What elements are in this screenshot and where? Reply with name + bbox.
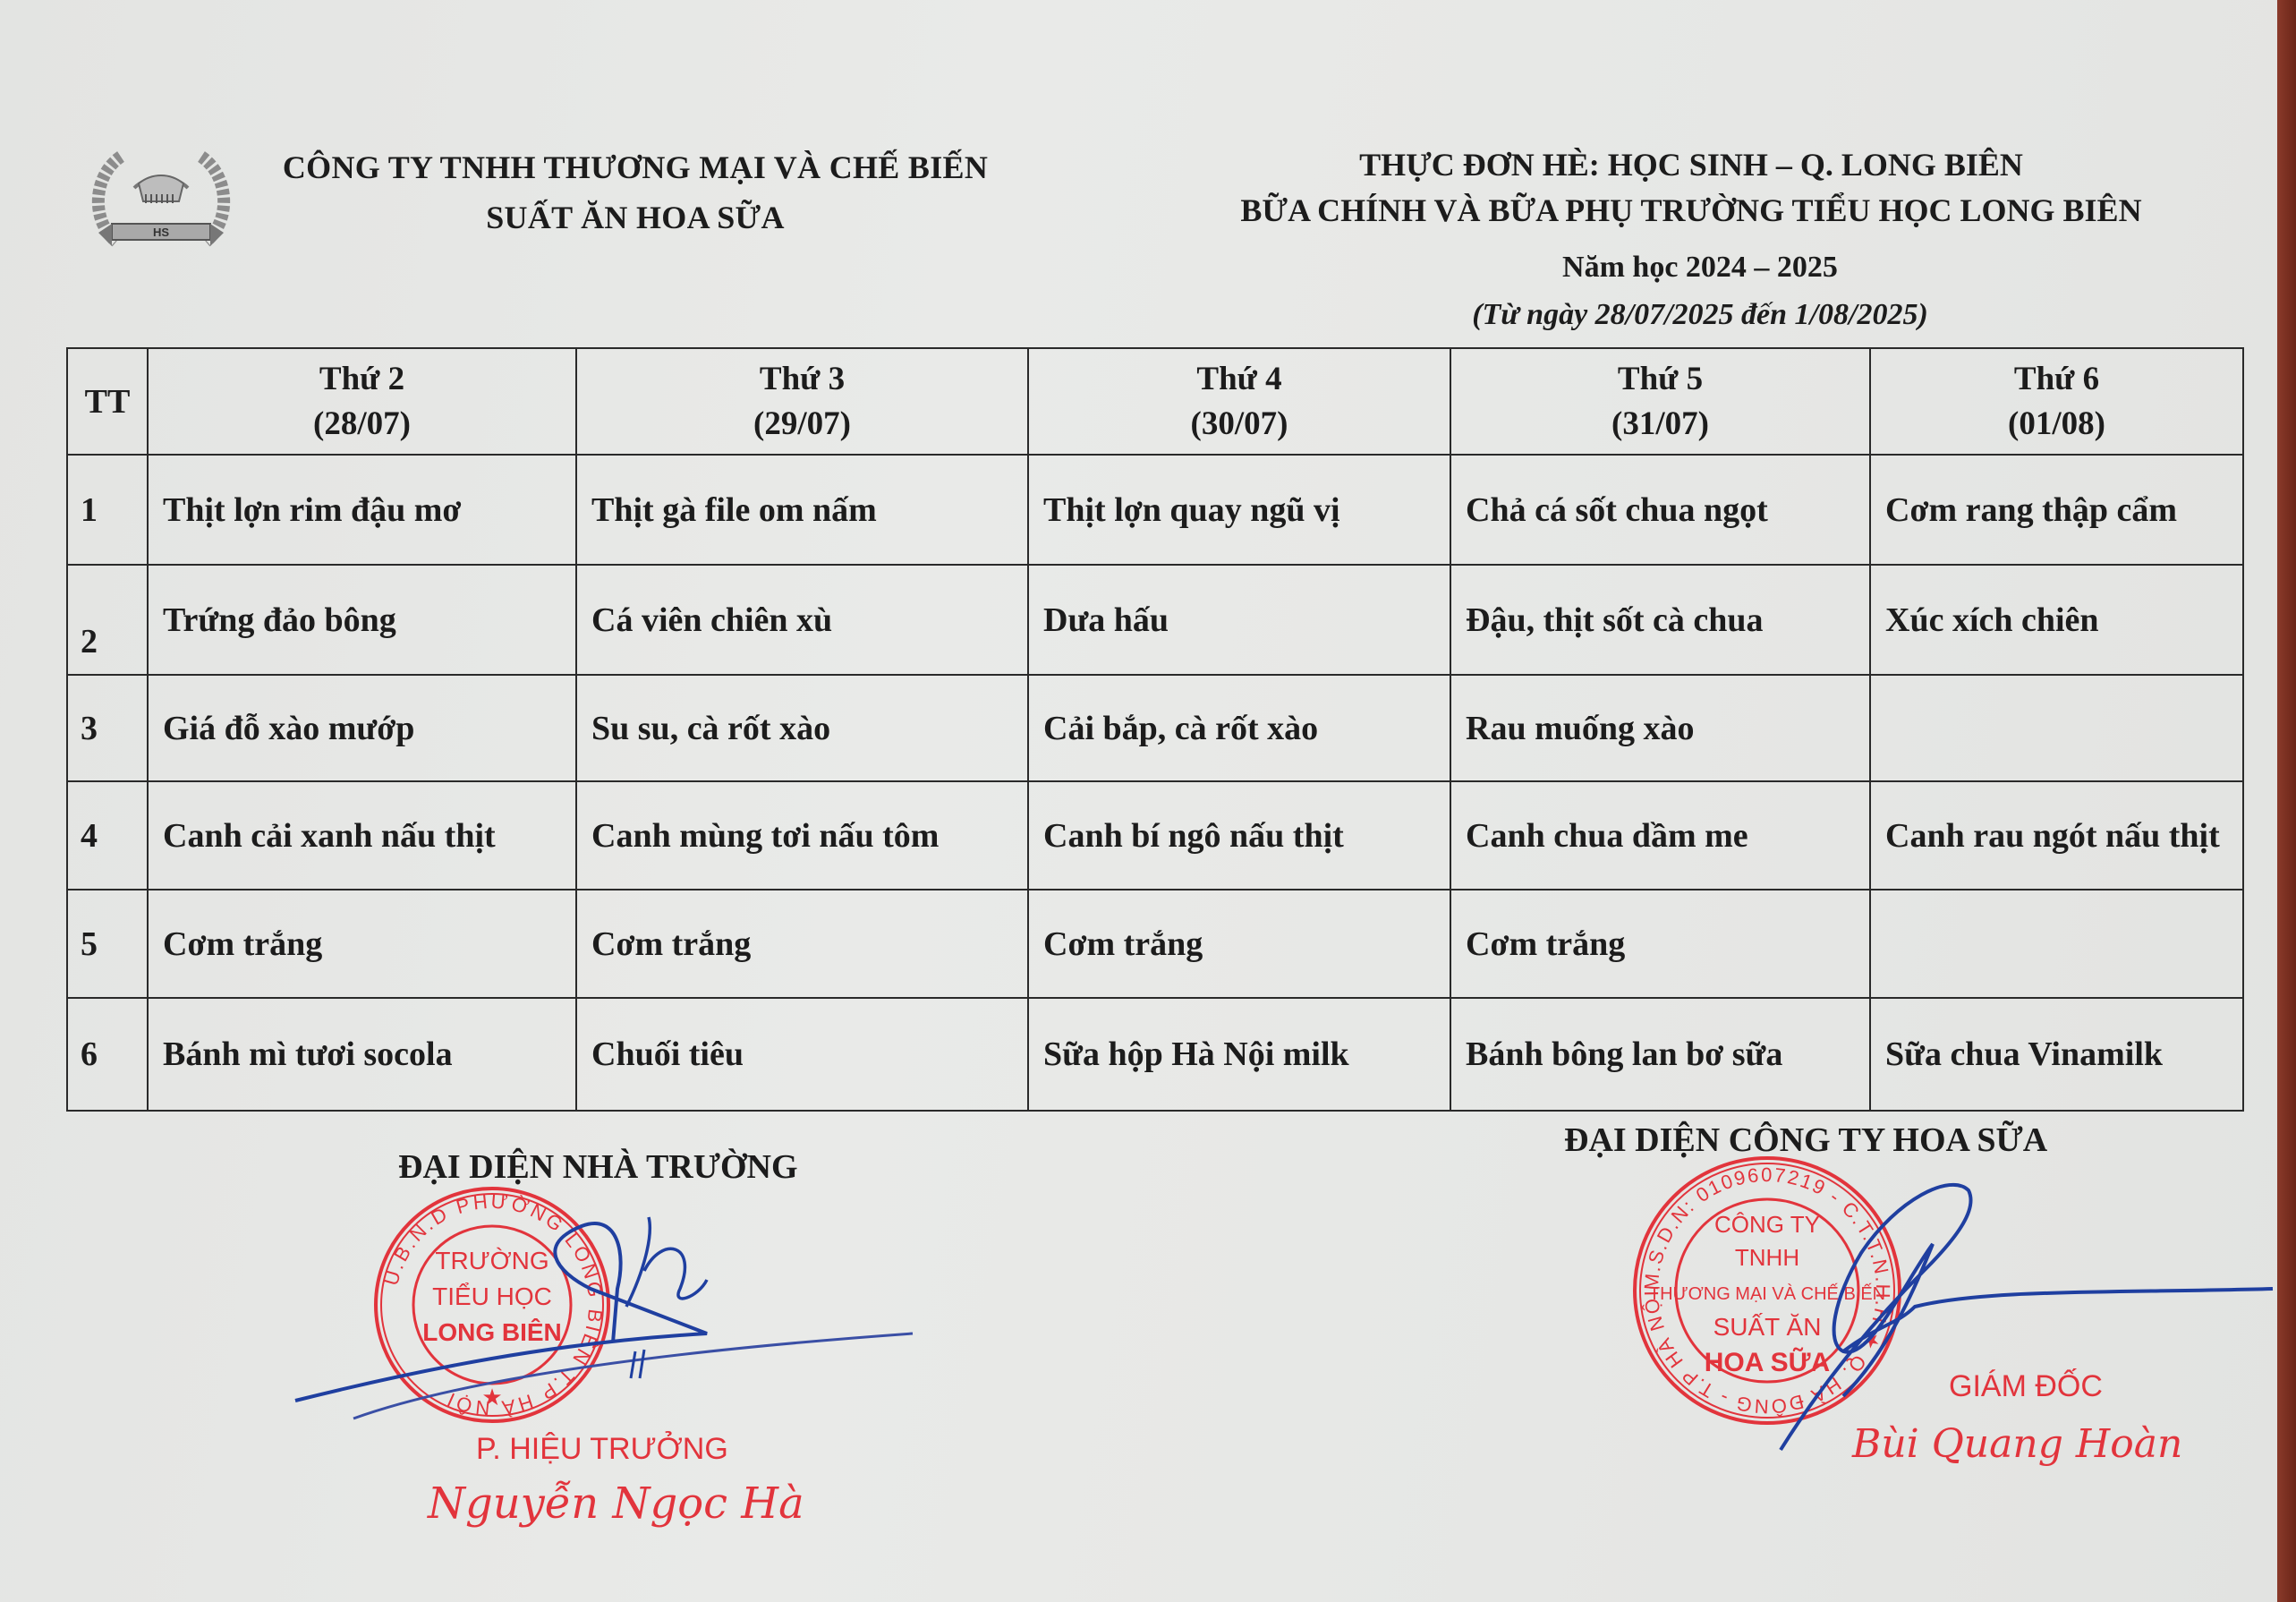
- table-row: 5Cơm trắngCơm trắngCơm trắngCơm trắng: [67, 890, 2243, 998]
- table-row: 2Trứng đảo bôngCá viên chiên xùDưa hấuĐậ…: [67, 565, 2243, 675]
- day-header: Thứ 3(29/07): [576, 348, 1028, 455]
- menu-table: TT Thứ 2(28/07) Thứ 3(29/07) Thứ 4(30/07…: [66, 347, 2244, 1112]
- menu-subtitle: BỮA CHÍNH VÀ BỮA PHỤ TRƯỜNG TIỂU HỌC LON…: [1163, 192, 2219, 229]
- day-header: Thứ 4(30/07): [1028, 348, 1450, 455]
- menu-cell: Chuối tiêu: [576, 998, 1028, 1111]
- menu-cell: Canh cải xanh nấu thịt: [148, 781, 576, 890]
- hoa-sua-wreath-logo-icon: HS: [85, 148, 237, 260]
- company-subname: SUẤT ĂN HOA SỮA: [242, 199, 1029, 236]
- row-number: 2: [67, 565, 148, 675]
- menu-cell: [1870, 890, 2243, 998]
- date-range: (Từ ngày 28/07/2025 đến 1/08/2025): [1172, 298, 2228, 332]
- menu-cell: Thịt gà file om nấm: [576, 455, 1028, 565]
- company-signer-name: Bùi Quang Hoàn: [1852, 1421, 2182, 1467]
- menu-cell: Thịt lợn rim đậu mơ: [148, 455, 576, 565]
- svg-text:HOA SỮA: HOA SỮA: [1705, 1347, 1830, 1377]
- menu-cell: Xúc xích chiên: [1870, 565, 2243, 675]
- menu-cell: Giá đỗ xào mướp: [148, 675, 576, 781]
- tt-header: TT: [67, 348, 148, 455]
- menu-cell: Cơm trắng: [1028, 890, 1450, 998]
- table-row: 6Bánh mì tươi socolaChuối tiêuSữa hộp Hà…: [67, 998, 2243, 1111]
- svg-text:★: ★: [481, 1385, 502, 1410]
- row-number: 1: [67, 455, 148, 565]
- menu-cell: Rau muống xào: [1450, 675, 1870, 781]
- menu-cell: Đậu, thịt sốt cà chua: [1450, 565, 1870, 675]
- menu-cell: Sữa chua Vinamilk: [1870, 998, 2243, 1111]
- svg-text:CÔNG TY: CÔNG TY: [1714, 1211, 1820, 1238]
- background-surface: [2277, 0, 2296, 1602]
- menu-cell: Cơm trắng: [576, 890, 1028, 998]
- company-name: CÔNG TY TNHH THƯƠNG MẠI VÀ CHẾ BIẾN: [242, 149, 1029, 186]
- menu-cell: Chả cá sốt chua ngọt: [1450, 455, 1870, 565]
- menu-cell: Cơm rang thập cẩm: [1870, 455, 2243, 565]
- school-signer-role: P. HIỆU TRƯỞNG: [476, 1432, 728, 1467]
- school-stamp-icon: U.B.N.D PHƯỜNG LONG BIÊN T.P HÀ NỘI TRƯỜ…: [367, 1180, 617, 1430]
- menu-cell: Canh rau ngót nấu thịt: [1870, 781, 2243, 890]
- school-signer-name: Nguyễn Ngọc Hà: [428, 1478, 804, 1529]
- svg-text:TNHH: TNHH: [1735, 1244, 1799, 1271]
- menu-cell: [1870, 675, 2243, 781]
- menu-cell: Canh chua dầm me: [1450, 781, 1870, 890]
- menu-cell: Sữa hộp Hà Nội milk: [1028, 998, 1450, 1111]
- table-row: 3Giá đỗ xào mướpSu su, cà rốt xàoCải bắp…: [67, 675, 2243, 781]
- school-year: Năm học 2024 – 2025: [1172, 251, 2228, 285]
- day-header: Thứ 6(01/08): [1870, 348, 2243, 455]
- menu-cell: Su su, cà rốt xào: [576, 675, 1028, 781]
- menu-cell: Cơm trắng: [148, 890, 576, 998]
- row-number: 6: [67, 998, 148, 1111]
- svg-text:HS: HS: [153, 226, 169, 239]
- table-row: 1Thịt lợn rim đậu mơThịt gà file om nấmT…: [67, 455, 2243, 565]
- company-stamp-icon: M.S.D.N: 0109607219 - C.T.T.N.H.H ★ Q. H…: [1624, 1147, 1910, 1434]
- menu-cell: Trứng đảo bông: [148, 565, 576, 675]
- table-header-row: TT Thứ 2(28/07) Thứ 3(29/07) Thứ 4(30/07…: [67, 348, 2243, 455]
- day-header: Thứ 2(28/07): [148, 348, 576, 455]
- svg-text:LONG BIÊN: LONG BIÊN: [422, 1318, 562, 1346]
- menu-cell: Cơm trắng: [1450, 890, 1870, 998]
- menu-cell: Cá viên chiên xù: [576, 565, 1028, 675]
- company-signer-role: GIÁM ĐỐC: [1949, 1369, 2103, 1404]
- menu-cell: Bánh mì tươi socola: [148, 998, 576, 1111]
- menu-cell: Thịt lợn quay ngũ vị: [1028, 455, 1450, 565]
- day-header: Thứ 5(31/07): [1450, 348, 1870, 455]
- menu-cell: Canh bí ngô nấu thịt: [1028, 781, 1450, 890]
- svg-text:TIỂU HỌC: TIỂU HỌC: [432, 1282, 552, 1310]
- table-row: 4Canh cải xanh nấu thịtCanh mùng tơi nấu…: [67, 781, 2243, 890]
- menu-cell: Bánh bông lan bơ sữa: [1450, 998, 1870, 1111]
- menu-cell: Canh mùng tơi nấu tôm: [576, 781, 1028, 890]
- menu-cell: Cải bắp, cà rốt xào: [1028, 675, 1450, 781]
- row-number: 3: [67, 675, 148, 781]
- svg-text:SUẤT ĂN: SUẤT ĂN: [1713, 1313, 1822, 1341]
- menu-cell: Dưa hấu: [1028, 565, 1450, 675]
- svg-text:THƯƠNG MẠI VÀ CHẾ BIẾN: THƯƠNG MẠI VÀ CHẾ BIẾN: [1649, 1283, 1885, 1304]
- row-number: 4: [67, 781, 148, 890]
- row-number: 5: [67, 890, 148, 998]
- menu-title: THỰC ĐƠN HÈ: HỌC SINH – Q. LONG BIÊN: [1163, 146, 2219, 183]
- svg-text:TRƯỜNG: TRƯỜNG: [435, 1247, 548, 1274]
